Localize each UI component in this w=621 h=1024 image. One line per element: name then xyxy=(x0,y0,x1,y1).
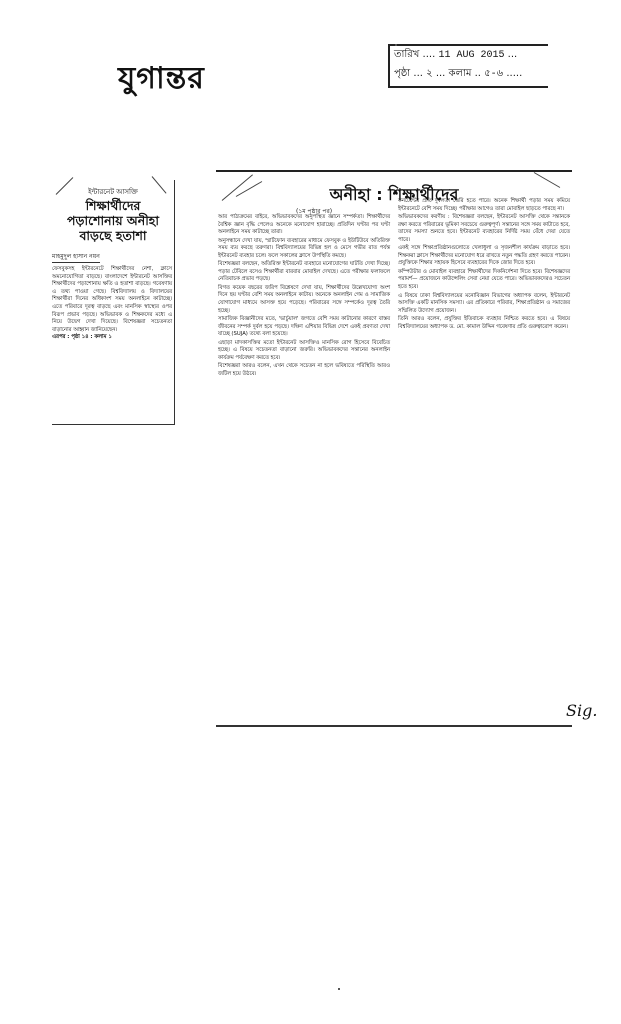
stamp-column-label: কলাম xyxy=(449,68,472,79)
clip-bottom-rule xyxy=(216,725,572,727)
stamp-date-label: তারিখ xyxy=(394,49,419,60)
paragraph: এছাড়া মাদকাসক্তির মতো ইন্টারনেট আসক্তিও… xyxy=(218,340,390,363)
stamp-date-value: 11 AUG 2015 xyxy=(438,50,504,61)
paragraph: সামাজিক বিজ্ঞানীদের মতে, 'ভার্চুয়াল' জগ… xyxy=(218,316,390,339)
clip-top-rule xyxy=(216,170,572,172)
paragraph: আর পাঠ্যক্রমের বাইরে, অভিভাবকদের অনুপস্থ… xyxy=(218,214,390,237)
paragraph: বিশেষজ্ঞরা আরও বলেন, এখন থেকে সচেতন না হ… xyxy=(218,363,390,378)
paragraph: কম্পিউটার ও মোবাইল ব্যবহারে শিক্ষার্থীদে… xyxy=(398,269,570,292)
article-column-right: কনটেন্টের প্রতি দুর্বলতা তৈরি হতে পারে। … xyxy=(398,198,570,332)
side-article-clipping: ইন্টারনেট আসক্তি শিক্ষার্থীদের পড়াশোনায… xyxy=(52,180,175,425)
side-body-text: ফেসবুকসহ ইন্টারনেটে শিক্ষার্থীদের নেশা, … xyxy=(52,266,174,334)
paragraph: কনটেন্টের প্রতি দুর্বলতা তৈরি হতে পারে। … xyxy=(398,198,570,213)
article-column-left: আর পাঠ্যক্রমের বাইরে, অভিভাবকদের অনুপস্থ… xyxy=(218,214,390,379)
side-byline: মাহমুদুল হাসান নয়ন xyxy=(52,251,100,263)
masthead: যুগান্তর xyxy=(118,54,205,105)
paragraph: একই সঙ্গে শিক্ষাপ্রতিষ্ঠানগুলোতে খেলাধুল… xyxy=(398,245,570,268)
stamp-column-value: ৫-৬ xyxy=(484,69,503,80)
main-article-clipping: অনীহা : শিক্ষার্থীদের (১ম পৃষ্ঠার পর) আর… xyxy=(216,170,572,730)
stamp-page-value: ২ xyxy=(426,69,433,80)
scan-speck xyxy=(395,44,397,46)
stamp-page-label: পৃষ্ঠা xyxy=(394,68,410,79)
side-headline-line-1: শিক্ষার্থীদের xyxy=(52,198,174,213)
paragraph: বিগত কয়েক বছরের জরিপ বিশ্লেষণে দেখা যায… xyxy=(218,285,390,315)
paragraph: অনুসন্ধানে দেখা যায়, স্মার্টফোন ব্যবহার… xyxy=(218,238,390,261)
side-jump-line: এরপর : পৃষ্ঠা ১৪ : কলাম ১ xyxy=(52,334,174,342)
paragraph: বিশেষজ্ঞরা বলছেন, অতিরিক্ত ইন্টারনেট ব্য… xyxy=(218,261,390,284)
scan-speck xyxy=(338,988,340,990)
handwritten-signature: Sig. xyxy=(566,701,597,720)
side-headline-line-3: বাড়ছে হতাশা xyxy=(52,228,174,243)
stamp-page-row: পৃষ্ঠা ... ২ ... কলাম .. ৫-৬ ..... xyxy=(390,65,548,84)
stamp-date-row: তারিখ .... 11 AUG 2015 ... xyxy=(390,46,548,65)
paragraph: এ বিষয়ে ঢাকা বিশ্ববিদ্যালয়ের মনোবিজ্ঞা… xyxy=(398,293,570,316)
side-headline-line-2: পড়াশোনায় অনীহা xyxy=(52,213,174,228)
paragraph: অভিভাবকদের করণীয় : বিশেষজ্ঞরা বলছেন, ইন… xyxy=(398,214,570,244)
paragraph: তিনি আরও বলেন, প্রযুক্তির ইতিবাচক ব্যবহা… xyxy=(398,316,570,331)
side-kicker: ইন্টারনেট আসক্তি xyxy=(52,186,174,198)
date-stamp: তারিখ .... 11 AUG 2015 ... পৃষ্ঠা ... ২ … xyxy=(388,44,548,88)
